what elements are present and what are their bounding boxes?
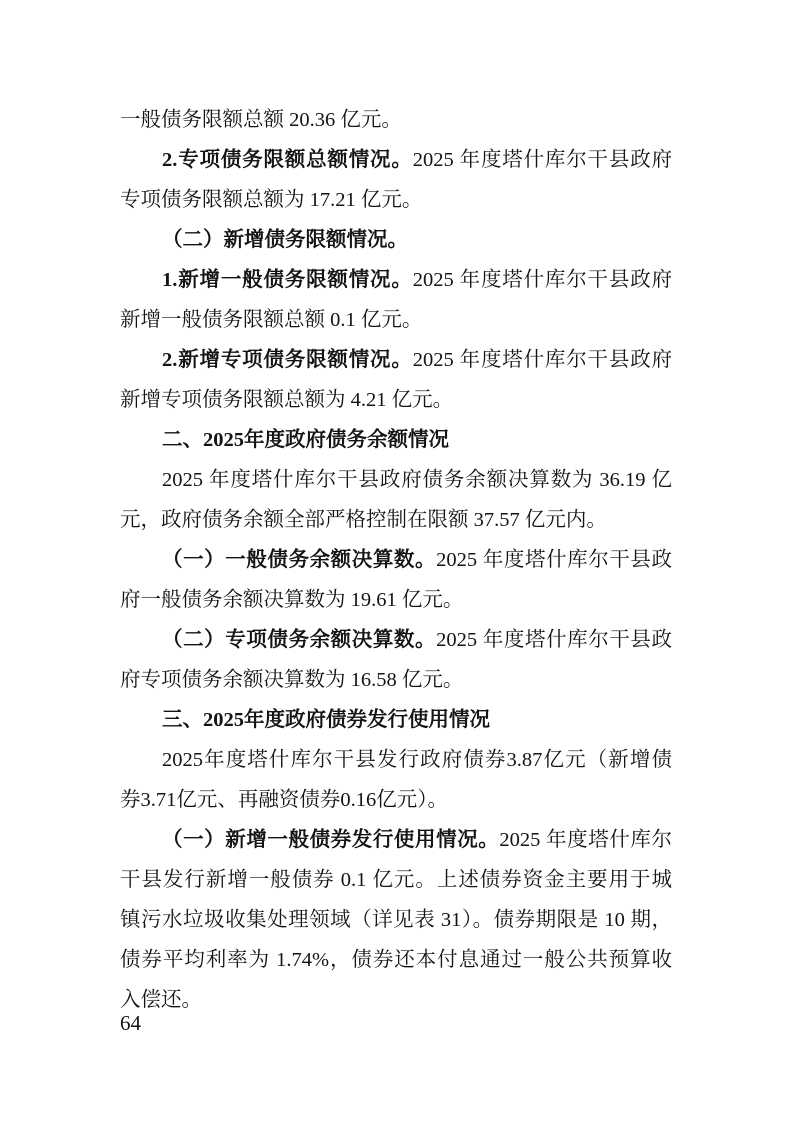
text-run: 新增一般债务限额总额 0.1 亿元。 bbox=[120, 309, 422, 331]
bold-text-run: 2.专项债务限额总额情况。 bbox=[162, 149, 413, 171]
text-run: 干县发行新增一般债券 0.1 亿元。上述债券资金主要用于城 bbox=[120, 869, 672, 891]
text-line: 专项债务限额总额为 17.21 亿元。 bbox=[120, 180, 672, 220]
text-run: 府一般债务余额决算数为 19.61 亿元。 bbox=[120, 589, 463, 611]
text-line: 入偿还。 bbox=[120, 980, 672, 1020]
text-line: 2025 年度塔什库尔干县政府债务余额决算数为 36.19 亿 bbox=[120, 460, 672, 500]
text-run: 2025年度塔什库尔干县发行政府债券3.87亿元（新增债 bbox=[162, 749, 672, 771]
text-line: 府一般债务余额决算数为 19.61 亿元。 bbox=[120, 580, 672, 620]
text-line: 券3.71亿元、再融资债券0.16亿元）。 bbox=[120, 780, 672, 820]
document-body: 一般债务限额总额 20.36 亿元。2.专项债务限额总额情况。2025 年度塔什… bbox=[120, 100, 672, 1020]
text-line: （二）新增债务限额情况。 bbox=[120, 220, 672, 260]
text-run: 入偿还。 bbox=[120, 989, 202, 1011]
text-run: 一般债务限额总额 20.36 亿元。 bbox=[120, 109, 402, 131]
page-number: 64 bbox=[120, 1010, 141, 1036]
text-run: 元，政府债务余额全部严格控制在限额 37.57 亿元内。 bbox=[120, 509, 607, 531]
text-run: 券3.71亿元、再融资债券0.16亿元）。 bbox=[120, 789, 448, 811]
text-line: 2.新增专项债务限额情况。2025 年度塔什库尔干县政府 bbox=[120, 340, 672, 380]
bold-text-run: （二）新增债务限额情况。 bbox=[162, 229, 408, 251]
bold-text-run: （一）新增一般债券发行使用情况。 bbox=[162, 829, 499, 851]
text-line: 1.新增一般债务限额情况。2025 年度塔什库尔干县政府 bbox=[120, 260, 672, 300]
text-run: 2025 年度塔什库尔干县政 bbox=[436, 549, 672, 571]
bold-text-run: （一）一般债务余额决算数。 bbox=[162, 549, 436, 571]
document-page: 一般债务限额总额 20.36 亿元。2.专项债务限额总额情况。2025 年度塔什… bbox=[0, 0, 793, 1122]
text-run: 债券平均利率为 1.74%，债券还本付息通过一般公共预算收 bbox=[120, 949, 672, 971]
text-run: 府专项债务余额决算数为 16.58 亿元。 bbox=[120, 669, 463, 691]
text-line: （一）一般债务余额决算数。2025 年度塔什库尔干县政 bbox=[120, 540, 672, 580]
text-line: 府专项债务余额决算数为 16.58 亿元。 bbox=[120, 660, 672, 700]
text-run: 2025 年度塔什库尔干县政 bbox=[436, 629, 672, 651]
text-line: 干县发行新增一般债券 0.1 亿元。上述债券资金主要用于城 bbox=[120, 860, 672, 900]
text-line: 镇污水垃圾收集处理领域（详见表 31）。债券期限是 10 期， bbox=[120, 900, 672, 940]
bold-text-run: 2.新增专项债务限额情况。 bbox=[162, 349, 413, 371]
text-run: 2025 年度塔什库尔干县政府 bbox=[413, 149, 672, 171]
text-line: 元，政府债务余额全部严格控制在限额 37.57 亿元内。 bbox=[120, 500, 672, 540]
text-line: （二）专项债务余额决算数。2025 年度塔什库尔干县政 bbox=[120, 620, 672, 660]
text-run: 专项债务限额总额为 17.21 亿元。 bbox=[120, 189, 422, 211]
text-line: 债券平均利率为 1.74%，债券还本付息通过一般公共预算收 bbox=[120, 940, 672, 980]
text-line: 一般债务限额总额 20.36 亿元。 bbox=[120, 100, 672, 140]
text-line: 2.专项债务限额总额情况。2025 年度塔什库尔干县政府 bbox=[120, 140, 672, 180]
text-line: 2025年度塔什库尔干县发行政府债券3.87亿元（新增债 bbox=[120, 740, 672, 780]
bold-text-run: 1.新增一般债务限额情况。 bbox=[162, 269, 413, 291]
bold-text-run: 二、2025年度政府债务余额情况 bbox=[162, 429, 449, 451]
text-run: 2025 年度塔什库尔干县政府 bbox=[413, 269, 672, 291]
bold-text-run: 三、2025年度政府债券发行使用情况 bbox=[162, 709, 490, 731]
text-line: 新增一般债务限额总额 0.1 亿元。 bbox=[120, 300, 672, 340]
text-run: 2025 年度塔什库尔干县政府 bbox=[413, 349, 672, 371]
text-line: （一）新增一般债券发行使用情况。2025 年度塔什库尔 bbox=[120, 820, 672, 860]
text-line: 新增专项债务限额总额为 4.21 亿元。 bbox=[120, 380, 672, 420]
text-run: 新增专项债务限额总额为 4.21 亿元。 bbox=[120, 389, 453, 411]
text-line: 三、2025年度政府债券发行使用情况 bbox=[120, 700, 672, 740]
text-run: 2025 年度塔什库尔 bbox=[499, 829, 672, 851]
text-run: 镇污水垃圾收集处理领域（详见表 31）。债券期限是 10 期， bbox=[120, 909, 672, 931]
bold-text-run: （二）专项债务余额决算数。 bbox=[162, 629, 436, 651]
text-line: 二、2025年度政府债务余额情况 bbox=[120, 420, 672, 460]
text-run: 2025 年度塔什库尔干县政府债务余额决算数为 36.19 亿 bbox=[162, 469, 672, 491]
